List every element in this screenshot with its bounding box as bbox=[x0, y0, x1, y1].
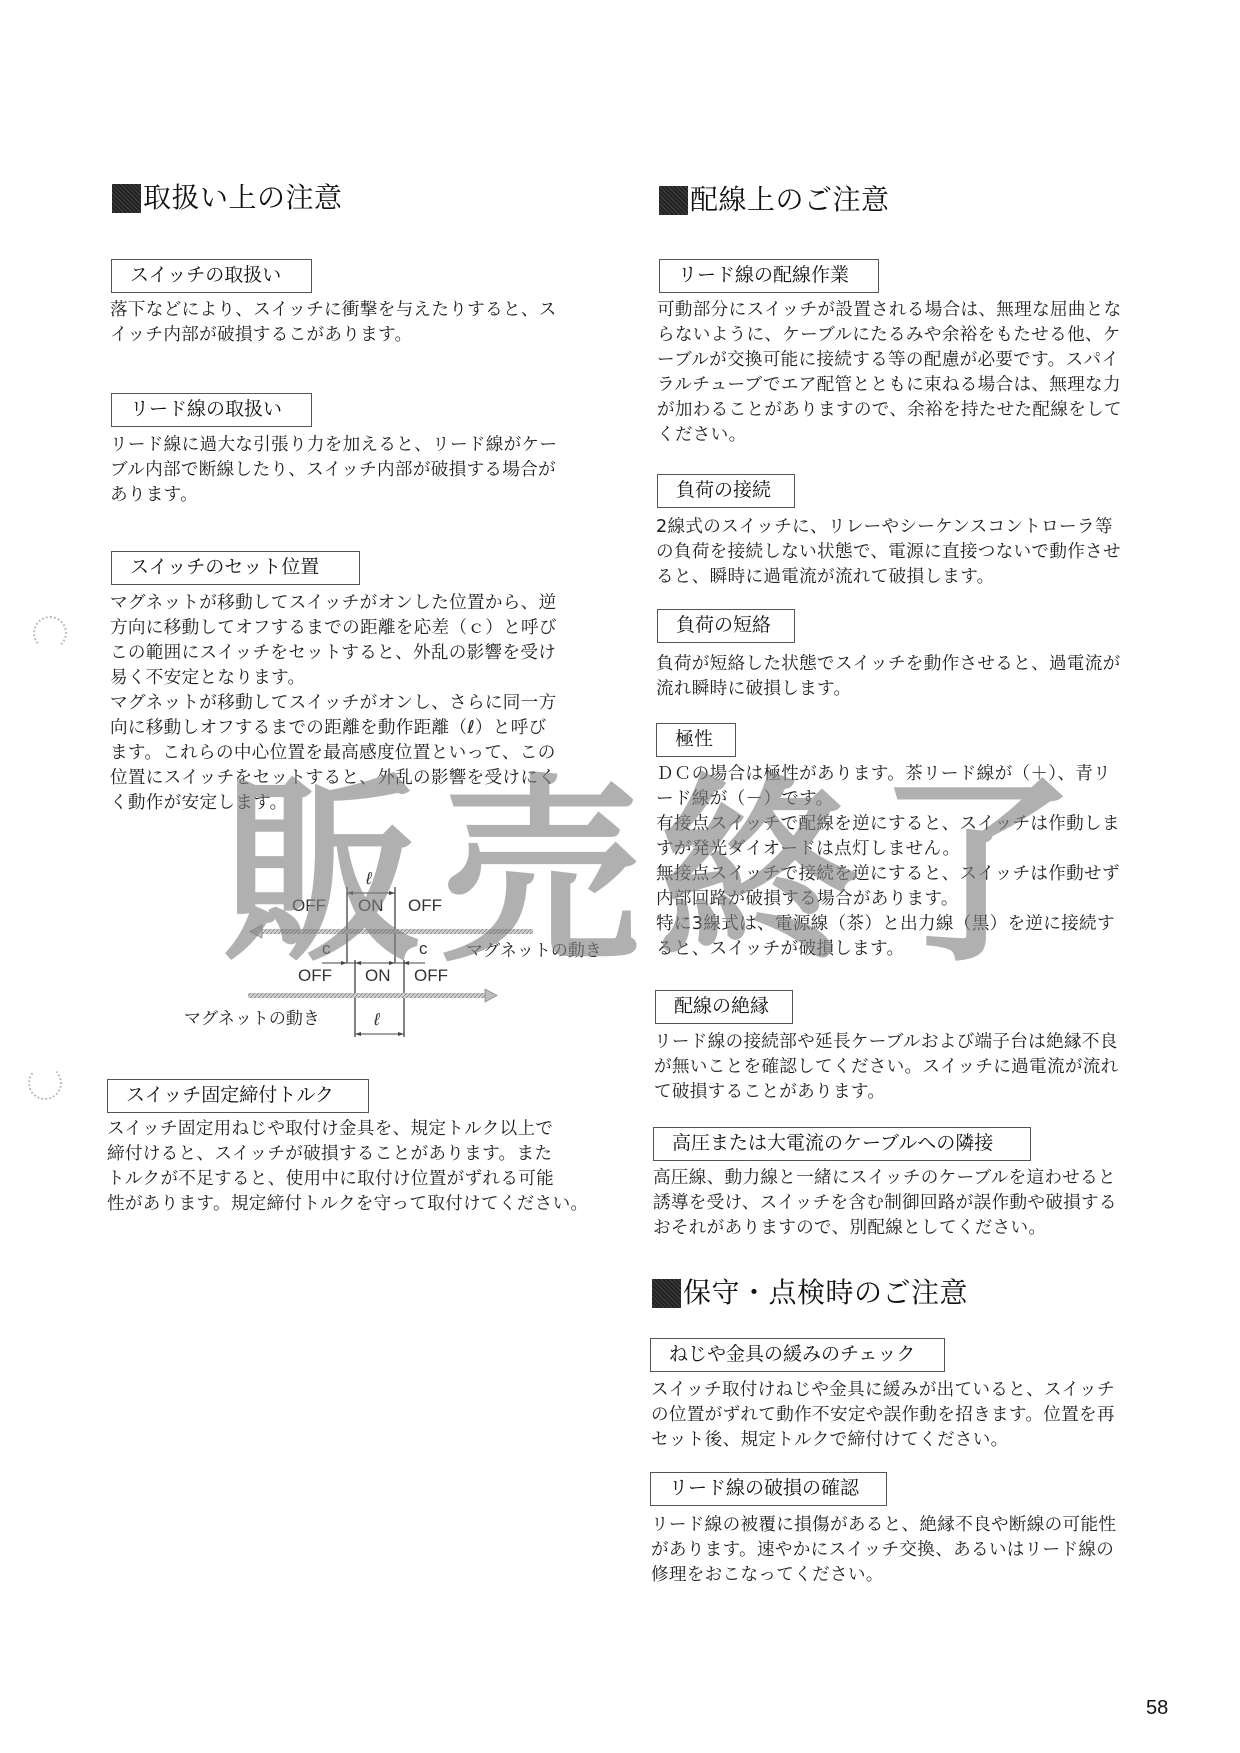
text-line: 可動部分にスイッチが設置される場合は、無理な屈曲とな bbox=[657, 298, 1177, 323]
subheading-text: 負荷の短絡 bbox=[676, 614, 771, 636]
paragraph-lead-wire-handling: リード線に過大な引張り力を加えると、リード線がケー ブル内部で断線したり、スイッ… bbox=[110, 433, 610, 508]
subheading-text: 配線の絶縁 bbox=[674, 995, 769, 1017]
section-marker-icon bbox=[112, 184, 141, 213]
subheading-high-voltage-proximity: 高圧または大電流のケーブルへの隣接 bbox=[653, 1127, 1031, 1161]
hysteresis-label-c: c bbox=[322, 939, 331, 959]
text-line: 締付けると、スイッチが破損することがあります。また bbox=[107, 1142, 617, 1167]
text-line: 修理をおこなってください。 bbox=[651, 1563, 1176, 1588]
paragraph-switch-handling: 落下などにより、スイッチに衝撃を与えたりすると、ス イッチ内部が破損するこがあり… bbox=[110, 298, 610, 348]
text-line: の位置がずれて動作不安定や誤作動を招きます。位置を再 bbox=[651, 1403, 1176, 1428]
text-line: ブル内部で断線したり、スイッチ内部が破損する場合が bbox=[110, 458, 610, 483]
text-line: が加わることがありますので、余裕を持たせた配線をして bbox=[657, 398, 1177, 423]
dimension-label-l: ℓ bbox=[374, 1010, 380, 1030]
text-line: 負荷が短絡した状態でスイッチを動作させると、過電流が bbox=[656, 652, 1176, 677]
text-line: 有接点スイッチで配線を逆にすると、スイッチは作動しま bbox=[656, 812, 1176, 837]
text-line: スイッチ取付けねじや金具に緩みが出ていると、スイッチ bbox=[651, 1378, 1176, 1403]
text-line: リード線に過大な引張り力を加えると、リード線がケー bbox=[110, 433, 610, 458]
text-line: て破損することがあります。 bbox=[654, 1080, 1174, 1105]
paragraph-lead-wire-wiring: 可動部分にスイッチが設置される場合は、無理な屈曲とな らないように、ケーブルにた… bbox=[657, 298, 1177, 448]
text-line: 無接点スイッチで接続を逆にすると、スイッチは作動せず bbox=[656, 862, 1176, 887]
subheading-switch-handling: スイッチの取扱い bbox=[111, 259, 312, 293]
subheading-loose-screws-check: ねじや金具の緩みのチェック bbox=[650, 1338, 945, 1372]
text-line: セット後、規定トルクで締付けてください。 bbox=[651, 1428, 1176, 1453]
text-line: ます。これらの中心位置を最高感度位置といって、この bbox=[110, 741, 610, 766]
section-title-text: 取扱い上の注意 bbox=[143, 180, 343, 216]
section-marker-icon bbox=[659, 186, 688, 215]
paragraph-lead-wire-damage-check: リード線の被覆に損傷があると、絶縁不良や断線の可能性 があります。速やかにスイッ… bbox=[651, 1513, 1176, 1588]
magnet-motion-label: マグネットの動き bbox=[466, 936, 602, 961]
section-title-text: 保守・点検時のご注意 bbox=[683, 1275, 968, 1311]
text-line: リード線の被覆に損傷があると、絶縁不良や断線の可能性 bbox=[651, 1513, 1176, 1538]
text-line: 内部回路が破損する場合があります。 bbox=[656, 887, 1176, 912]
text-line: ード線が（－）です。 bbox=[656, 787, 1176, 812]
text-line: マグネットが移動してスイッチがオンし、さらに同一方 bbox=[110, 691, 610, 716]
text-line: ーブルが交換可能に接続する等の配慮が必要です。スパイ bbox=[657, 348, 1177, 373]
paragraph-load-short-circuit: 負荷が短絡した状態でスイッチを動作させると、過電流が 流れ瞬時に破損します。 bbox=[656, 652, 1176, 702]
text-line: トルクが不足すると、使用中に取付け位置がずれる可能 bbox=[107, 1167, 617, 1192]
text-line: らないように、ケーブルにたるみや余裕をもたせる他、ケ bbox=[657, 323, 1177, 348]
punch-hole-mark bbox=[33, 616, 67, 650]
subheading-lead-wire-handling: リード線の取扱い bbox=[111, 393, 312, 427]
text-line: スイッチ固定用ねじや取付け金具を、規定トルク以上で bbox=[107, 1117, 617, 1142]
text-line: 向に移動しオフするまでの距離を動作距離（ℓ）と呼び bbox=[110, 716, 610, 741]
state-label-on: ON bbox=[365, 966, 391, 986]
paragraph-load-connection: 2線式のスイッチに、リレーやシーケンスコントローラ等 の負荷を接続しない状態で、… bbox=[656, 515, 1176, 590]
text-line: 落下などにより、スイッチに衝撃を与えたりすると、ス bbox=[110, 298, 610, 323]
subheading-text: スイッチの取扱い bbox=[130, 264, 281, 286]
hysteresis-label-c: c bbox=[419, 939, 428, 959]
text-line: 2線式のスイッチに、リレーやシーケンスコントローラ等 bbox=[656, 515, 1176, 540]
paragraph-tightening-torque: スイッチ固定用ねじや取付け金具を、規定トルク以上で 締付けると、スイッチが破損す… bbox=[107, 1117, 617, 1217]
subheading-switch-set-position: スイッチのセット位置 bbox=[111, 551, 360, 585]
state-label-off: OFF bbox=[408, 896, 442, 916]
text-line: マグネットが移動してスイッチがオンした位置から、逆 bbox=[110, 591, 610, 616]
subheading-text: リード線の取扱い bbox=[130, 398, 282, 420]
text-line: すが発光ダイオードは点灯しません。 bbox=[656, 837, 1176, 862]
text-line: の負荷を接続しない状態で、電源に直接つないで動作させ bbox=[656, 540, 1176, 565]
text-line: ラルチューブでエア配管とともに束ねる場合は、無理な力 bbox=[657, 373, 1177, 398]
state-label-on: ON bbox=[358, 896, 384, 916]
subheading-text: スイッチのセット位置 bbox=[130, 556, 319, 578]
subheading-lead-wire-wiring: リード線の配線作業 bbox=[659, 259, 879, 293]
text-line: 方向に移動してオフするまでの距離を応差（ｃ）と呼び bbox=[110, 616, 610, 641]
text-line: があります。速やかにスイッチ交換、あるいはリード線の bbox=[651, 1538, 1176, 1563]
text-line: ＤＣの場合は極性があります。茶リード線が（＋）、青リ bbox=[656, 762, 1176, 787]
section-title-wiring: 配線上のご注意 bbox=[659, 182, 890, 218]
text-line: 特に3線式は、電源線（茶）と出力線（黒）を逆に接続す bbox=[656, 912, 1176, 937]
subheading-text: スイッチ固定締付トルク bbox=[126, 1084, 334, 1106]
paragraph-wiring-insulation: リード線の接続部や延長ケーブルおよび端子台は絶縁不良 が無いことを確認してくださ… bbox=[654, 1030, 1174, 1105]
subheading-wiring-insulation: 配線の絶縁 bbox=[655, 990, 793, 1024]
text-line: イッチ内部が破損するこがあります。 bbox=[110, 323, 610, 348]
subheading-polarity: 極性 bbox=[656, 723, 736, 757]
subheading-lead-wire-damage-check: リード線の破損の確認 bbox=[650, 1472, 887, 1506]
subheading-load-short-circuit: 負荷の短絡 bbox=[657, 609, 795, 643]
text-line: ると、スイッチが破損します。 bbox=[656, 937, 1176, 962]
text-line: ると、瞬時に過電流が流れて破損します。 bbox=[656, 565, 1176, 590]
subheading-load-connection: 負荷の接続 bbox=[657, 474, 795, 508]
paragraph-switch-set-position: マグネットが移動してスイッチがオンした位置から、逆 方向に移動してオフするまでの… bbox=[110, 591, 610, 816]
text-line: この範囲にスイッチをセットすると、外乱の影響を受け bbox=[110, 641, 610, 666]
text-line: 高圧線、動力線と一緒にスイッチのケーブルを這わせると bbox=[653, 1166, 1173, 1191]
subheading-text: リード線の配線作業 bbox=[678, 264, 849, 286]
page-number: 58 bbox=[1146, 1697, 1168, 1720]
text-line: く動作が安定します。 bbox=[110, 791, 610, 816]
text-line: 流れ瞬時に破損します。 bbox=[656, 677, 1176, 702]
text-line: ください。 bbox=[657, 423, 1177, 448]
subheading-text: 極性 bbox=[675, 728, 713, 750]
text-line: 誘導を受け、スイッチを含む制御回路が誤作動や破損する bbox=[653, 1191, 1173, 1216]
text-line: おそれがありますので、別配線としてください。 bbox=[653, 1216, 1173, 1241]
section-title-text: 配線上のご注意 bbox=[690, 182, 890, 218]
subheading-text: 高圧または大電流のケーブルへの隣接 bbox=[672, 1132, 993, 1154]
state-label-off: OFF bbox=[298, 966, 332, 986]
subheading-text: リード線の破損の確認 bbox=[669, 1477, 859, 1499]
text-line: リード線の接続部や延長ケーブルおよび端子台は絶縁不良 bbox=[654, 1030, 1174, 1055]
magnet-motion-label: マグネットの動き bbox=[184, 1004, 320, 1029]
paragraph-high-voltage-proximity: 高圧線、動力線と一緒にスイッチのケーブルを這わせると 誘導を受け、スイッチを含む… bbox=[653, 1166, 1173, 1241]
text-line: あります。 bbox=[110, 483, 610, 508]
state-label-off: OFF bbox=[414, 966, 448, 986]
section-title-handling: 取扱い上の注意 bbox=[112, 180, 343, 216]
subheading-text: ねじや金具の緩みのチェック bbox=[669, 1343, 915, 1365]
punch-hole-mark bbox=[28, 1066, 62, 1100]
paragraph-polarity: ＤＣの場合は極性があります。茶リード線が（＋）、青リ ード線が（－）です。 有接… bbox=[656, 762, 1176, 962]
text-line: 性があります。規定締付トルクを守って取付けてください。 bbox=[107, 1192, 617, 1217]
subheading-text: 負荷の接続 bbox=[676, 479, 771, 501]
text-line: 位置にスイッチをセットすると、外乱の影響を受けにく bbox=[110, 766, 610, 791]
state-label-off: OFF bbox=[292, 896, 326, 916]
dimension-label-l: ℓ bbox=[366, 869, 372, 889]
paragraph-loose-screws-check: スイッチ取付けねじや金具に緩みが出ていると、スイッチ の位置がずれて動作不安定や… bbox=[651, 1378, 1176, 1453]
text-line: 易く不安定となります。 bbox=[110, 666, 610, 691]
text-line: が無いことを確認してください。スイッチに過電流が流れ bbox=[654, 1055, 1174, 1080]
subheading-tightening-torque: スイッチ固定締付トルク bbox=[107, 1079, 369, 1113]
section-title-maintenance: 保守・点検時のご注意 bbox=[652, 1275, 968, 1311]
section-marker-icon bbox=[652, 1279, 681, 1308]
